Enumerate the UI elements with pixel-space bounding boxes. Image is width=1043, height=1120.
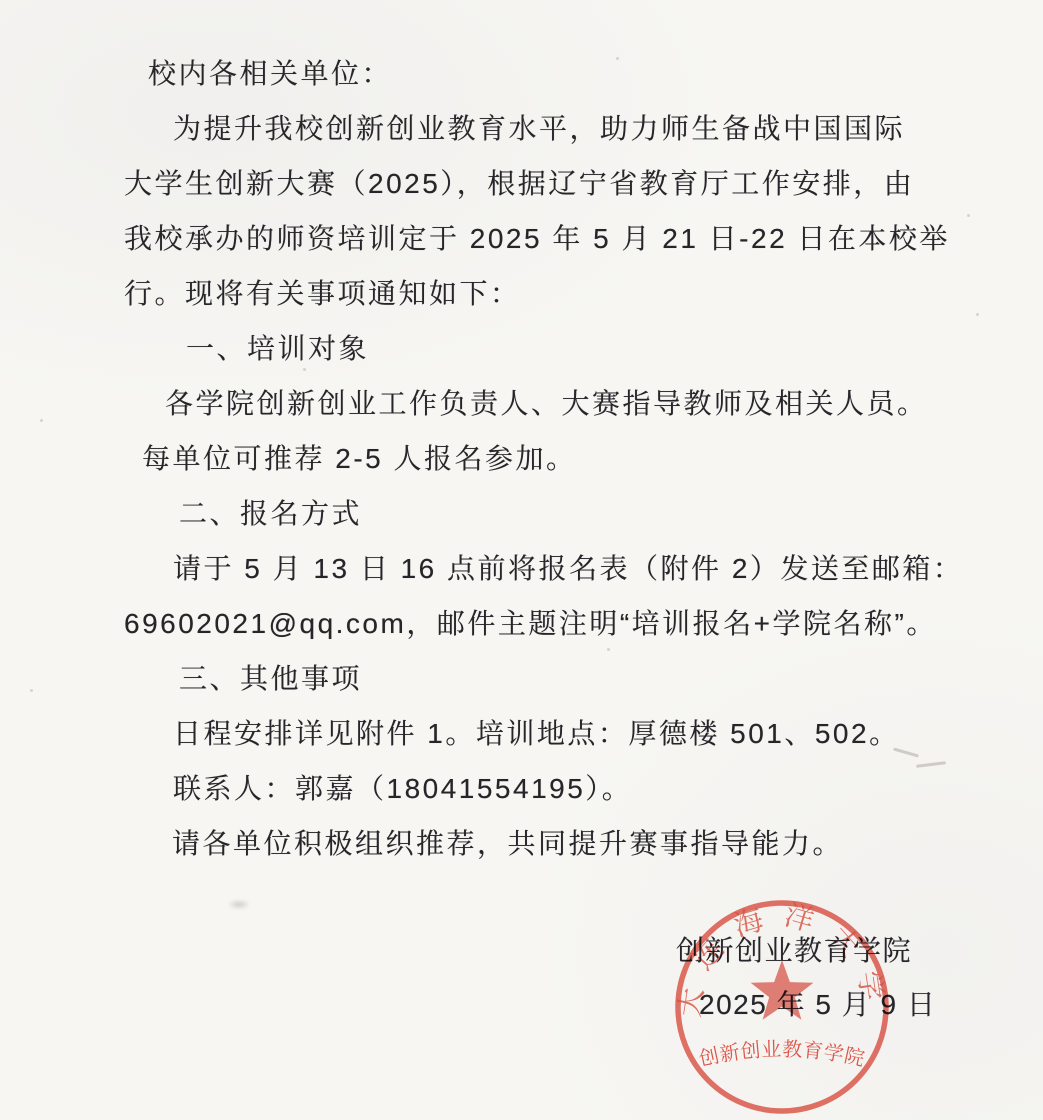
doc-line: 二、报名方式 xyxy=(179,492,362,532)
seal-star-icon xyxy=(751,960,814,1020)
scan-speck xyxy=(967,214,970,217)
scan-speck xyxy=(616,57,619,60)
scanned-notice-page: 校内各相关单位：为提升我校创新创业教育水平，助力师生备战中国国际大学生创新大赛（… xyxy=(0,0,1043,1120)
scan-speck xyxy=(303,368,306,371)
doc-line: 每单位可推荐 2-5 人报名参加。 xyxy=(142,437,577,477)
doc-line: 大学生创新大赛（2025），根据辽宁省教育厅工作安排，由 xyxy=(124,162,914,202)
scan-speck xyxy=(976,313,979,316)
doc-line: 校内各相关单位： xyxy=(148,52,392,92)
doc-line: 请于 5 月 13 日 16 点前将报名表（附件 2）发送至邮箱： xyxy=(173,547,963,587)
doc-line: 行。现将有关事项通知如下： xyxy=(124,272,521,312)
seal-bottom-text: 创新创业教育学院 xyxy=(697,1038,867,1071)
doc-line: 联系人：郭嘉（18041554195）。 xyxy=(173,767,632,807)
scan-scratch-mark xyxy=(916,761,946,768)
svg-text:创新创业教育学院: 创新创业教育学院 xyxy=(697,1038,867,1071)
scan-speck xyxy=(30,689,33,692)
doc-line: 请各单位积极组织推荐，共同提升赛事指导能力。 xyxy=(172,822,843,862)
seal-graphic: 大连海洋大学 创新创业教育学院 xyxy=(665,890,899,1120)
scan-smudge xyxy=(224,898,254,911)
doc-line: 三、其他事项 xyxy=(179,657,362,697)
doc-line: 为提升我校创新创业教育水平，助力师生备战中国国际 xyxy=(173,107,905,147)
doc-line: 我校承办的师资培训定于 2025 年 5 月 21 日-22 日在本校举 xyxy=(124,217,950,257)
doc-line: 各学院创新创业工作负责人、大赛指导教师及相关人员。 xyxy=(165,382,928,422)
doc-line: 日程安排详见附件 1。培训地点：厚德楼 501、502。 xyxy=(173,712,900,752)
official-seal-stamp: 大连海洋大学 创新创业教育学院 xyxy=(665,890,899,1120)
scan-speck xyxy=(607,648,610,651)
doc-line: 一、培训对象 xyxy=(186,327,369,367)
doc-line: 69602021@qq.com，邮件主题注明“培训报名+学院名称”。 xyxy=(124,602,937,642)
scan-speck xyxy=(40,419,43,422)
